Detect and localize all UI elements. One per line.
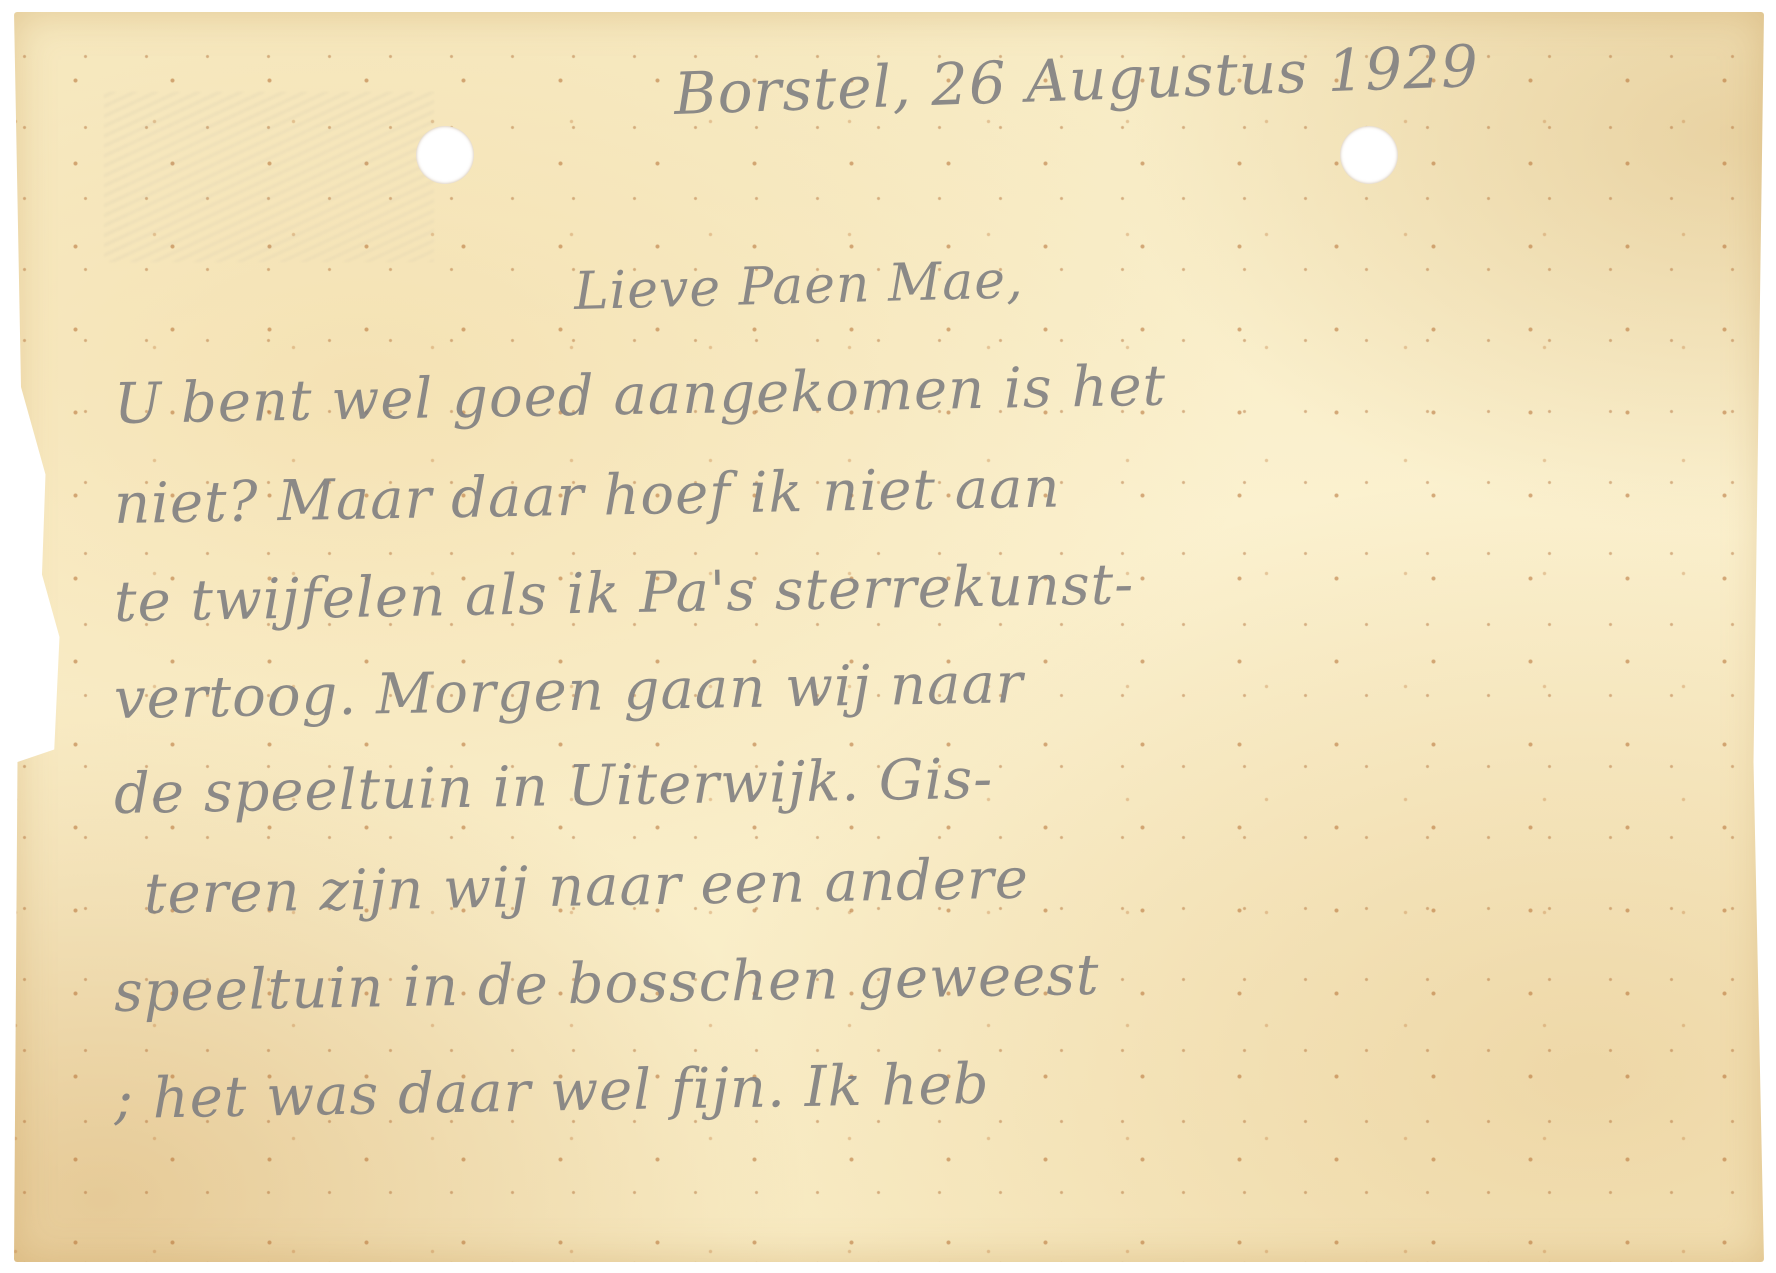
body-line-6: teren zijn wij naar een andere bbox=[143, 847, 1029, 927]
body-line-7: speeltuin in de bosschen geweest bbox=[113, 943, 1100, 1025]
letter-card: Borstel, 26 Augustus 1929 Lieve Paen Mae… bbox=[14, 12, 1764, 1262]
dateline: Borstel, 26 Augustus 1929 bbox=[673, 32, 1480, 128]
faded-stamp-mark bbox=[104, 92, 434, 262]
salutation: Lieve Paen Mae, bbox=[573, 250, 1024, 322]
body-line-5: de speeltuin in Uiterwijk. Gis- bbox=[113, 747, 993, 827]
punch-hole-left bbox=[416, 126, 474, 184]
body-line-1: U bent wel goed aangekomen is het bbox=[113, 354, 1166, 437]
body-line-2: niet? Maar daar hoef ik niet aan bbox=[113, 455, 1061, 537]
body-line-4: vertoog. Morgen gaan wij naar bbox=[113, 651, 1024, 732]
punch-hole-right bbox=[1340, 126, 1398, 184]
body-line-8: ; het was daar wel fijn. Ik heb bbox=[113, 1052, 990, 1132]
body-line-3: te twijfelen als ik Pa's sterrekunst- bbox=[113, 552, 1134, 635]
